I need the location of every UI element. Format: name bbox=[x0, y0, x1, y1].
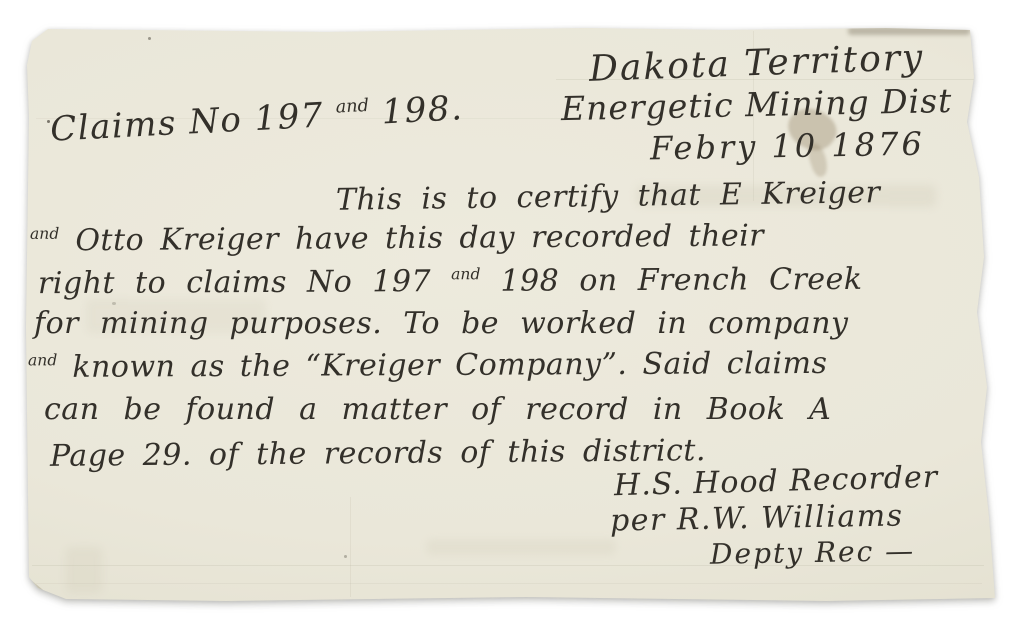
paper-shadow: Dakota Territory Energetic Mining Dist F… bbox=[26, 27, 996, 601]
body-line-3: right to claims No 197 and 198 on French… bbox=[38, 262, 863, 301]
body-line-3-post: 198 on French Creek bbox=[480, 262, 862, 299]
claims-heading: Claims No 197 and 198. bbox=[49, 88, 464, 150]
body-line-2: and Otto Kreiger have this day recorded … bbox=[30, 218, 764, 258]
superscript-and: and bbox=[28, 351, 57, 369]
crease-line bbox=[350, 497, 351, 597]
signature-recorder: H.S. Hood Recorder bbox=[614, 460, 939, 503]
folded-corner bbox=[28, 575, 54, 599]
body-line-1: This is to certify that E Kreiger bbox=[336, 175, 881, 218]
document-paper: Dakota Territory Energetic Mining Dist F… bbox=[26, 27, 996, 601]
signature-per: per R.W. Williams bbox=[610, 498, 904, 538]
paper-speck bbox=[344, 555, 347, 558]
top-edge-smudge bbox=[848, 27, 970, 35]
body-line-5: and known as the “Kreiger Company”. Said… bbox=[28, 346, 828, 385]
claims-heading-pre: Claims No 197 bbox=[49, 95, 337, 150]
dateline-district: Energetic Mining Dist bbox=[561, 81, 953, 128]
photo-stage: Dakota Territory Energetic Mining Dist F… bbox=[0, 0, 1024, 632]
superscript-and: and bbox=[451, 265, 480, 283]
bleedthrough-smudge bbox=[66, 547, 102, 593]
claims-heading-post: 198. bbox=[368, 88, 464, 133]
signature-deputy: Depty Rec — bbox=[710, 534, 916, 571]
body-line-5-text: known as the “Kreiger Company”. Said cla… bbox=[57, 346, 827, 385]
crease-line bbox=[36, 583, 982, 584]
body-line-7: Page 29. of the records of this district… bbox=[50, 433, 706, 474]
body-line-2-text: Otto Kreiger have this day recorded thei… bbox=[59, 218, 764, 258]
paper-speck bbox=[112, 302, 116, 305]
body-line-3-pre: right to claims No 197 bbox=[38, 264, 451, 301]
dateline-date: Febry 10 1876 bbox=[650, 125, 925, 168]
superscript-and: and bbox=[30, 225, 59, 243]
paper-speck bbox=[148, 37, 151, 40]
body-line-6: can be found a matter of record in Book … bbox=[44, 392, 831, 427]
body-line-4: for mining purposes. To be worked in com… bbox=[34, 306, 848, 341]
bleedthrough-smudge bbox=[426, 539, 616, 555]
superscript-and: and bbox=[335, 96, 369, 118]
